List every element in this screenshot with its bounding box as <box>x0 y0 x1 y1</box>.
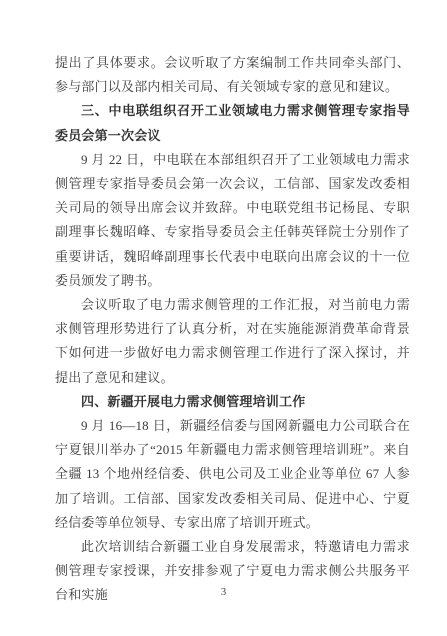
section-heading-three: 三、中电联组织召开工业领域电力需求侧管理专家指导委员会第一次会议 <box>55 99 410 147</box>
paragraph-meeting-sep22: 9 月 22 日，中电联在本部组织召开了工业领域电力需求侧管理专家指导委员会第一… <box>55 148 410 293</box>
document-body: 提出了具体要求。会议听取了方案编制工作共同牵头部门、参与部门以及部内相关司局、有… <box>55 51 410 608</box>
document-page: 提出了具体要求。会议听取了方案编制工作共同牵头部门、参与部门以及部内相关司局、有… <box>0 0 447 636</box>
paragraph-continuation: 提出了具体要求。会议听取了方案编制工作共同牵头部门、参与部门以及部内相关司局、有… <box>55 51 410 99</box>
paragraph-meeting-discussion: 会议听取了电力需求侧管理的工作汇报，对当前电力需求侧管理形势进行了认真分析，对在… <box>55 293 410 390</box>
section-heading-four: 四、新疆开展电力需求侧管理培训工作 <box>55 390 410 414</box>
paragraph-training-sep16-18: 9 月 16—18 日，新疆经信委与国网新疆电力公司联合在宁夏银川举办了“201… <box>55 414 410 535</box>
page-number: 3 <box>0 586 447 598</box>
